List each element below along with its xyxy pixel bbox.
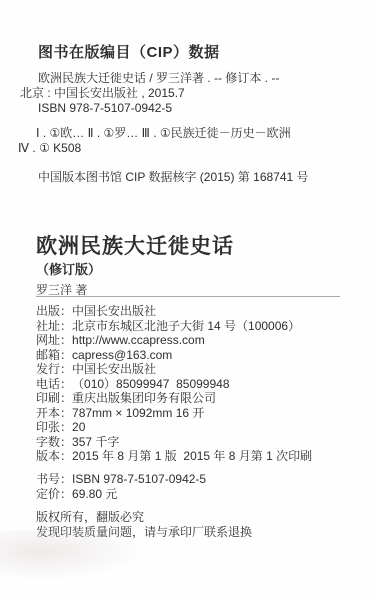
colophon-label: 印张： xyxy=(36,420,72,435)
cip-header: 图书在版编目（CIP）数据 xyxy=(38,41,220,62)
colophon-label: 开本： xyxy=(36,406,72,421)
colophon-label: 网址： xyxy=(36,333,72,348)
colophon-label: 发行： xyxy=(36,362,72,377)
colophon-value: 20 xyxy=(72,420,85,435)
colophon-label: 版本： xyxy=(36,449,72,464)
colophon-row: 字数：357 千字 xyxy=(36,435,367,450)
book-edition: （修订版） xyxy=(36,259,101,278)
cip-description: 欧洲民族大迁徙史话 / 罗三洋著 . -- 修订本 . --北京 : 中国长安出… xyxy=(20,71,365,100)
cip-classification-line: Ⅰ . ①欧… Ⅱ . ①罗… Ⅲ . ①民族迁徙－历史－欧洲 xyxy=(18,126,365,141)
colophon-row: 书号：ISBN 978-7-5107-0942-5 xyxy=(36,472,367,487)
colophon-row: 发行：中国长安出版社 xyxy=(36,362,367,377)
colophon-row: 网址：http://www.ccapress.com xyxy=(36,333,367,348)
colophon-value: ISBN 978-7-5107-0942-5 xyxy=(72,472,206,487)
colophon-row: 邮箱：capress@163.com xyxy=(36,348,367,363)
cip-description-line: 欧洲民族大迁徙史话 / 罗三洋著 . -- 修订本 . -- xyxy=(20,71,365,86)
colophon-value: 787mm × 1092mm 16 开 xyxy=(72,406,204,421)
colophon-list: 出版：中国长安出版社社址：北京市东城区北池子大街 14 号（100006）网址：… xyxy=(36,304,367,464)
colophon-row: 开本：787mm × 1092mm 16 开 xyxy=(36,406,367,421)
colophon-label: 出版： xyxy=(36,304,72,319)
colophon-row: 电话：（010）85099947 85099948 xyxy=(36,377,367,392)
colophon-row: 出版：中国长安出版社 xyxy=(36,304,367,319)
colophon-value: 69.80 元 xyxy=(72,487,117,502)
colophon-label: 邮箱： xyxy=(36,348,72,363)
colophon-row: 定价：69.80 元 xyxy=(36,487,367,502)
book-title: 欧洲民族大迁徙史话 xyxy=(36,230,234,260)
colophon-value: 2015 年 8 月第 1 版 2015 年 8 月第 1 次印刷 xyxy=(72,449,312,464)
colophon-label: 定价： xyxy=(36,487,72,502)
colophon-row: 社址：北京市东城区北池子大街 14 号（100006） xyxy=(36,319,367,334)
cip-record-number: 中国版本图书馆 CIP 数据核字 (2015) 第 168741 号 xyxy=(38,168,309,185)
colophon-label: 社址： xyxy=(36,319,72,334)
colophon-value: 357 千字 xyxy=(72,435,119,450)
colophon-label: 字数： xyxy=(36,435,72,450)
cip-description-line: 北京 : 中国长安出版社 , 2015.7 xyxy=(20,86,365,101)
cip-classification-line: Ⅳ . ① K508 xyxy=(18,141,365,156)
cip-isbn: ISBN 978-7-5107-0942-5 xyxy=(38,101,172,115)
colophon-value: 重庆出版集团印务有限公司 xyxy=(72,391,216,406)
colophon-value: http://www.ccapress.com xyxy=(72,333,205,348)
colophon-row: 印张：20 xyxy=(36,420,367,435)
colophon-label: 印刷： xyxy=(36,391,72,406)
colophon-value: capress@163.com xyxy=(72,348,172,363)
colophon-row: 版本：2015 年 8 月第 1 版 2015 年 8 月第 1 次印刷 xyxy=(36,449,367,464)
colophon-value: 中国长安出版社 xyxy=(72,304,156,319)
colophon-value: 北京市东城区北池子大街 14 号（100006） xyxy=(72,319,300,334)
colophon-label: 电话： xyxy=(36,377,72,392)
colophon-row: 印刷：重庆出版集团印务有限公司 xyxy=(36,391,367,406)
colophon-label: 书号： xyxy=(36,472,72,487)
book-id-list: 书号：ISBN 978-7-5107-0942-5定价：69.80 元 xyxy=(36,472,367,501)
cip-classification: Ⅰ . ①欧… Ⅱ . ①罗… Ⅲ . ①民族迁徙－历史－欧洲Ⅳ . ① K50… xyxy=(18,126,365,155)
colophon-value: 中国长安出版社 xyxy=(72,362,156,377)
copyright-notice-line: 版权所有，翻版必究 xyxy=(36,510,367,525)
divider-line xyxy=(36,296,340,297)
book-copyright-page: 图书在版编目（CIP）数据 欧洲民族大迁徙史话 / 罗三洋著 . -- 修订本 … xyxy=(0,0,375,601)
copyright-notice: 版权所有，翻版必究发现印装质量问题，请与承印厂联系退换 xyxy=(36,510,367,539)
colophon-value: （010）85099947 85099948 xyxy=(72,377,229,392)
scan-shadow-artifact xyxy=(0,530,230,601)
copyright-notice-line: 发现印装质量问题，请与承印厂联系退换 xyxy=(36,525,367,540)
